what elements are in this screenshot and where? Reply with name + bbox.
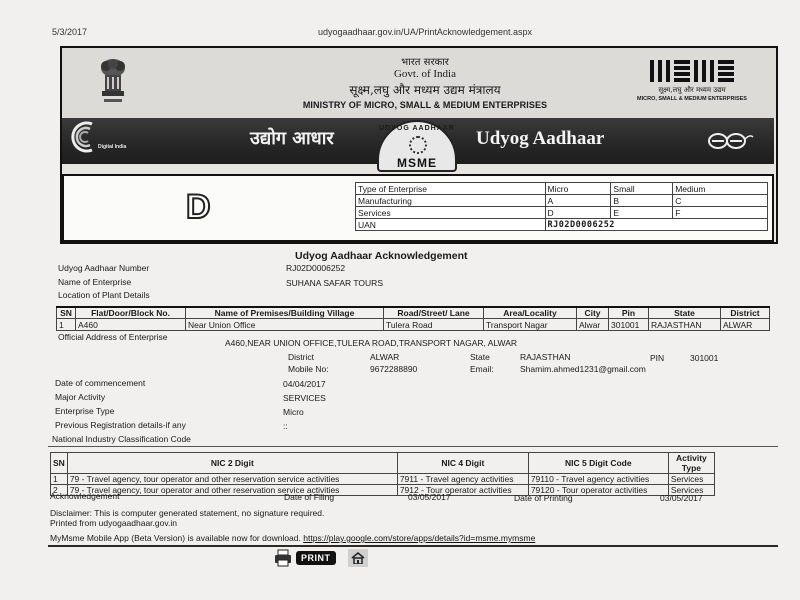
table-row: UAN RJ02D0006252 bbox=[356, 219, 768, 231]
table-cell: RAJASTHAN bbox=[649, 319, 721, 331]
table-header-row: SN NIC 2 Digit NIC 4 Digit NIC 5 Digit C… bbox=[51, 453, 715, 474]
table-cell: Transport Nagar bbox=[484, 319, 577, 331]
app-availability-text: MyMsme Mobile App (Beta Version) is avai… bbox=[50, 533, 535, 543]
official-address-value: A460,NEAR UNION OFFICE,TULERA ROAD,TRANS… bbox=[225, 338, 517, 348]
filing-date-value: 03/05/2017 bbox=[408, 492, 451, 502]
column-header: NIC 4 Digit bbox=[397, 453, 528, 474]
pin-value: 301001 bbox=[690, 353, 718, 363]
msme-logo-icon bbox=[612, 60, 772, 82]
major-activity-value: SERVICES bbox=[283, 393, 326, 403]
table-cell: Tulera Road bbox=[384, 319, 484, 331]
table-row: 1 79 - Travel agency, tour operator and … bbox=[51, 474, 715, 485]
table-cell: 1 bbox=[51, 474, 68, 485]
udyog-aadhaar-seal: UDYOG AADHAAR MSME bbox=[377, 120, 457, 172]
print-url: udyogaadhaar.gov.in/UA/PrintAcknowledgem… bbox=[318, 27, 532, 37]
english-banner-title: Udyog Aadhaar bbox=[476, 128, 604, 150]
official-address-label: Official Address of Enterprise bbox=[58, 332, 167, 342]
enterprise-type-label: Enterprise Type bbox=[55, 406, 114, 416]
table-cell: D bbox=[545, 207, 611, 219]
column-header: Road/Street/ Lane bbox=[384, 307, 484, 319]
divider bbox=[48, 446, 778, 447]
table-cell: Services bbox=[668, 474, 714, 485]
print-actions: PRINT bbox=[274, 547, 368, 569]
column-header: District bbox=[721, 307, 770, 319]
nic-code-label: National Industry Classification Code bbox=[52, 434, 191, 444]
home-icon[interactable] bbox=[348, 549, 368, 567]
uan-value: RJ02D0006252 bbox=[545, 219, 767, 231]
previous-registration-label: Previous Registration details-if any bbox=[55, 420, 186, 430]
table-row: Manufacturing A B C bbox=[356, 195, 768, 207]
enterprise-type-table: Type of Enterprise Micro Small Medium Ma… bbox=[355, 182, 768, 231]
digital-india-icon bbox=[70, 120, 100, 154]
plant-location-table: SN Flat/Door/Block No. Name of Premises/… bbox=[56, 306, 770, 331]
table-cell: Small bbox=[611, 183, 673, 195]
table-row: Type of Enterprise Micro Small Medium bbox=[356, 183, 768, 195]
msme-logo-hindi: सूक्ष्म,लघु और मध्यम उद्यम bbox=[612, 86, 772, 95]
table-cell: 79110 - Travel agency activities bbox=[528, 474, 668, 485]
government-title: भारत सरकार Govt. of India सूक्ष्म,लघु और… bbox=[290, 54, 560, 110]
previous-registration-value: :: bbox=[283, 421, 288, 431]
uan-number-label: Udyog Aadhaar Number bbox=[58, 263, 149, 273]
table-cell: Near Union Office bbox=[186, 319, 384, 331]
printer-icon[interactable] bbox=[274, 549, 292, 567]
acknowledgement-label: Acknowledgement bbox=[50, 491, 119, 501]
print-date: 5/3/2017 bbox=[52, 27, 87, 37]
column-header: Area/Locality bbox=[484, 307, 577, 319]
table-cell: A bbox=[545, 195, 611, 207]
enterprise-name-value: SUHANA SAFAR TOURS bbox=[286, 278, 383, 288]
uan-number-value: RJ02D0006252 bbox=[286, 263, 345, 273]
msme-logo: सूक्ष्म,लघु और मध्यम उद्यम MICRO, SMALL … bbox=[612, 60, 772, 102]
table-cell: 301001 bbox=[609, 319, 649, 331]
acknowledgement-title: Udyog Aadhaar Acknowledgement bbox=[295, 250, 468, 262]
column-header: Pin bbox=[609, 307, 649, 319]
table-cell: ALWAR bbox=[721, 319, 770, 331]
mobile-label: Mobile No: bbox=[288, 364, 329, 374]
printing-date-label: Date of Printing bbox=[514, 493, 573, 503]
print-button[interactable]: PRINT bbox=[296, 551, 336, 565]
table-cell: Medium bbox=[673, 183, 768, 195]
mobile-value: 9672288890 bbox=[370, 364, 417, 374]
category-letter: D bbox=[186, 188, 211, 227]
table-cell: Type of Enterprise bbox=[356, 183, 546, 195]
enterprise-name-label: Name of Enterprise bbox=[58, 277, 131, 287]
table-row: 2 79 - Travel agency, tour operator and … bbox=[51, 485, 715, 496]
column-header: SN bbox=[51, 453, 68, 474]
column-header: City bbox=[577, 307, 609, 319]
ministry-label: MINISTRY OF MICRO, SMALL & MEDIUM ENTERP… bbox=[290, 100, 560, 110]
column-header: NIC 5 Digit Code bbox=[528, 453, 668, 474]
column-header: State bbox=[649, 307, 721, 319]
column-header: Activity Type bbox=[668, 453, 714, 474]
column-header: Flat/Door/Block No. bbox=[76, 307, 186, 319]
plant-location-label: Location of Plant Details bbox=[58, 290, 150, 300]
govt-of-india-label: Govt. of India bbox=[290, 68, 560, 80]
seal-top-text: UDYOG AADHAAR bbox=[379, 125, 455, 132]
hindi-gov-label: भारत सरकार bbox=[290, 54, 560, 68]
table-header-row: SN Flat/Door/Block No. Name of Premises/… bbox=[57, 307, 770, 319]
table-cell: Manufacturing bbox=[356, 195, 546, 207]
column-header: Name of Premises/Building Village bbox=[186, 307, 384, 319]
seal-msme-text: MSME bbox=[379, 156, 455, 170]
major-activity-label: Major Activity bbox=[55, 392, 105, 402]
app-download-link[interactable]: https://play.google.com/store/apps/detai… bbox=[303, 533, 535, 543]
printing-date-value: 03/05/2017 bbox=[660, 493, 703, 503]
digital-india-label: Digital India bbox=[98, 144, 126, 150]
table-cell: B bbox=[611, 195, 673, 207]
enterprise-type-value: Micro bbox=[283, 407, 304, 417]
email-label: Email: bbox=[470, 364, 494, 374]
commencement-value: 04/04/2017 bbox=[283, 379, 326, 389]
commencement-label: Date of commencement bbox=[55, 378, 145, 388]
table-row: Services D E F bbox=[356, 207, 768, 219]
hindi-banner-title: उद्योग आधार bbox=[250, 126, 334, 150]
table-cell: 7911 - Travel agency activities bbox=[397, 474, 528, 485]
printed-from-text: Printed from udyogaadhaar.gov.in bbox=[50, 518, 177, 528]
national-emblem-icon bbox=[94, 56, 132, 106]
pin-label: PIN bbox=[650, 353, 664, 363]
hindi-ministry-label: सूक्ष्म,लघु और मध्यम उद्यम मंत्रालय bbox=[290, 81, 560, 98]
table-cell: 79 - Travel agency, tour operator and ot… bbox=[67, 474, 397, 485]
app-text: MyMsme Mobile App (Beta Version) is avai… bbox=[50, 533, 301, 543]
email-value: Shamim.ahmed1231@gmail.com bbox=[520, 364, 646, 374]
state-value: RAJASTHAN bbox=[520, 352, 571, 362]
column-header: NIC 2 Digit bbox=[67, 453, 397, 474]
district-label: District bbox=[288, 352, 314, 362]
table-cell: E bbox=[611, 207, 673, 219]
table-cell: A460 bbox=[76, 319, 186, 331]
uan-label: UAN bbox=[356, 219, 546, 231]
table-cell: Alwar bbox=[577, 319, 609, 331]
footer-divider bbox=[48, 545, 778, 547]
fingerprint-icon bbox=[409, 136, 427, 154]
table-row: 1 A460 Near Union Office Tulera Road Tra… bbox=[57, 319, 770, 331]
msme-logo-english: MICRO, SMALL & MEDIUM ENTERPRISES bbox=[612, 96, 772, 102]
district-value: ALWAR bbox=[370, 352, 399, 362]
state-label: State bbox=[470, 352, 490, 362]
table-cell: 1 bbox=[57, 319, 76, 331]
swachh-bharat-glasses-icon bbox=[706, 130, 754, 152]
table-cell: F bbox=[673, 207, 768, 219]
column-header: SN bbox=[57, 307, 76, 319]
table-cell: C bbox=[673, 195, 768, 207]
table-cell: Micro bbox=[545, 183, 611, 195]
filing-date-label: Date of Filing bbox=[284, 492, 334, 502]
digital-india-logo: Digital India bbox=[70, 120, 140, 160]
table-cell: Services bbox=[356, 207, 546, 219]
disclaimer-text: Disclaimer: This is computer generated s… bbox=[50, 508, 324, 518]
nic-table: SN NIC 2 Digit NIC 4 Digit NIC 5 Digit C… bbox=[50, 452, 715, 496]
